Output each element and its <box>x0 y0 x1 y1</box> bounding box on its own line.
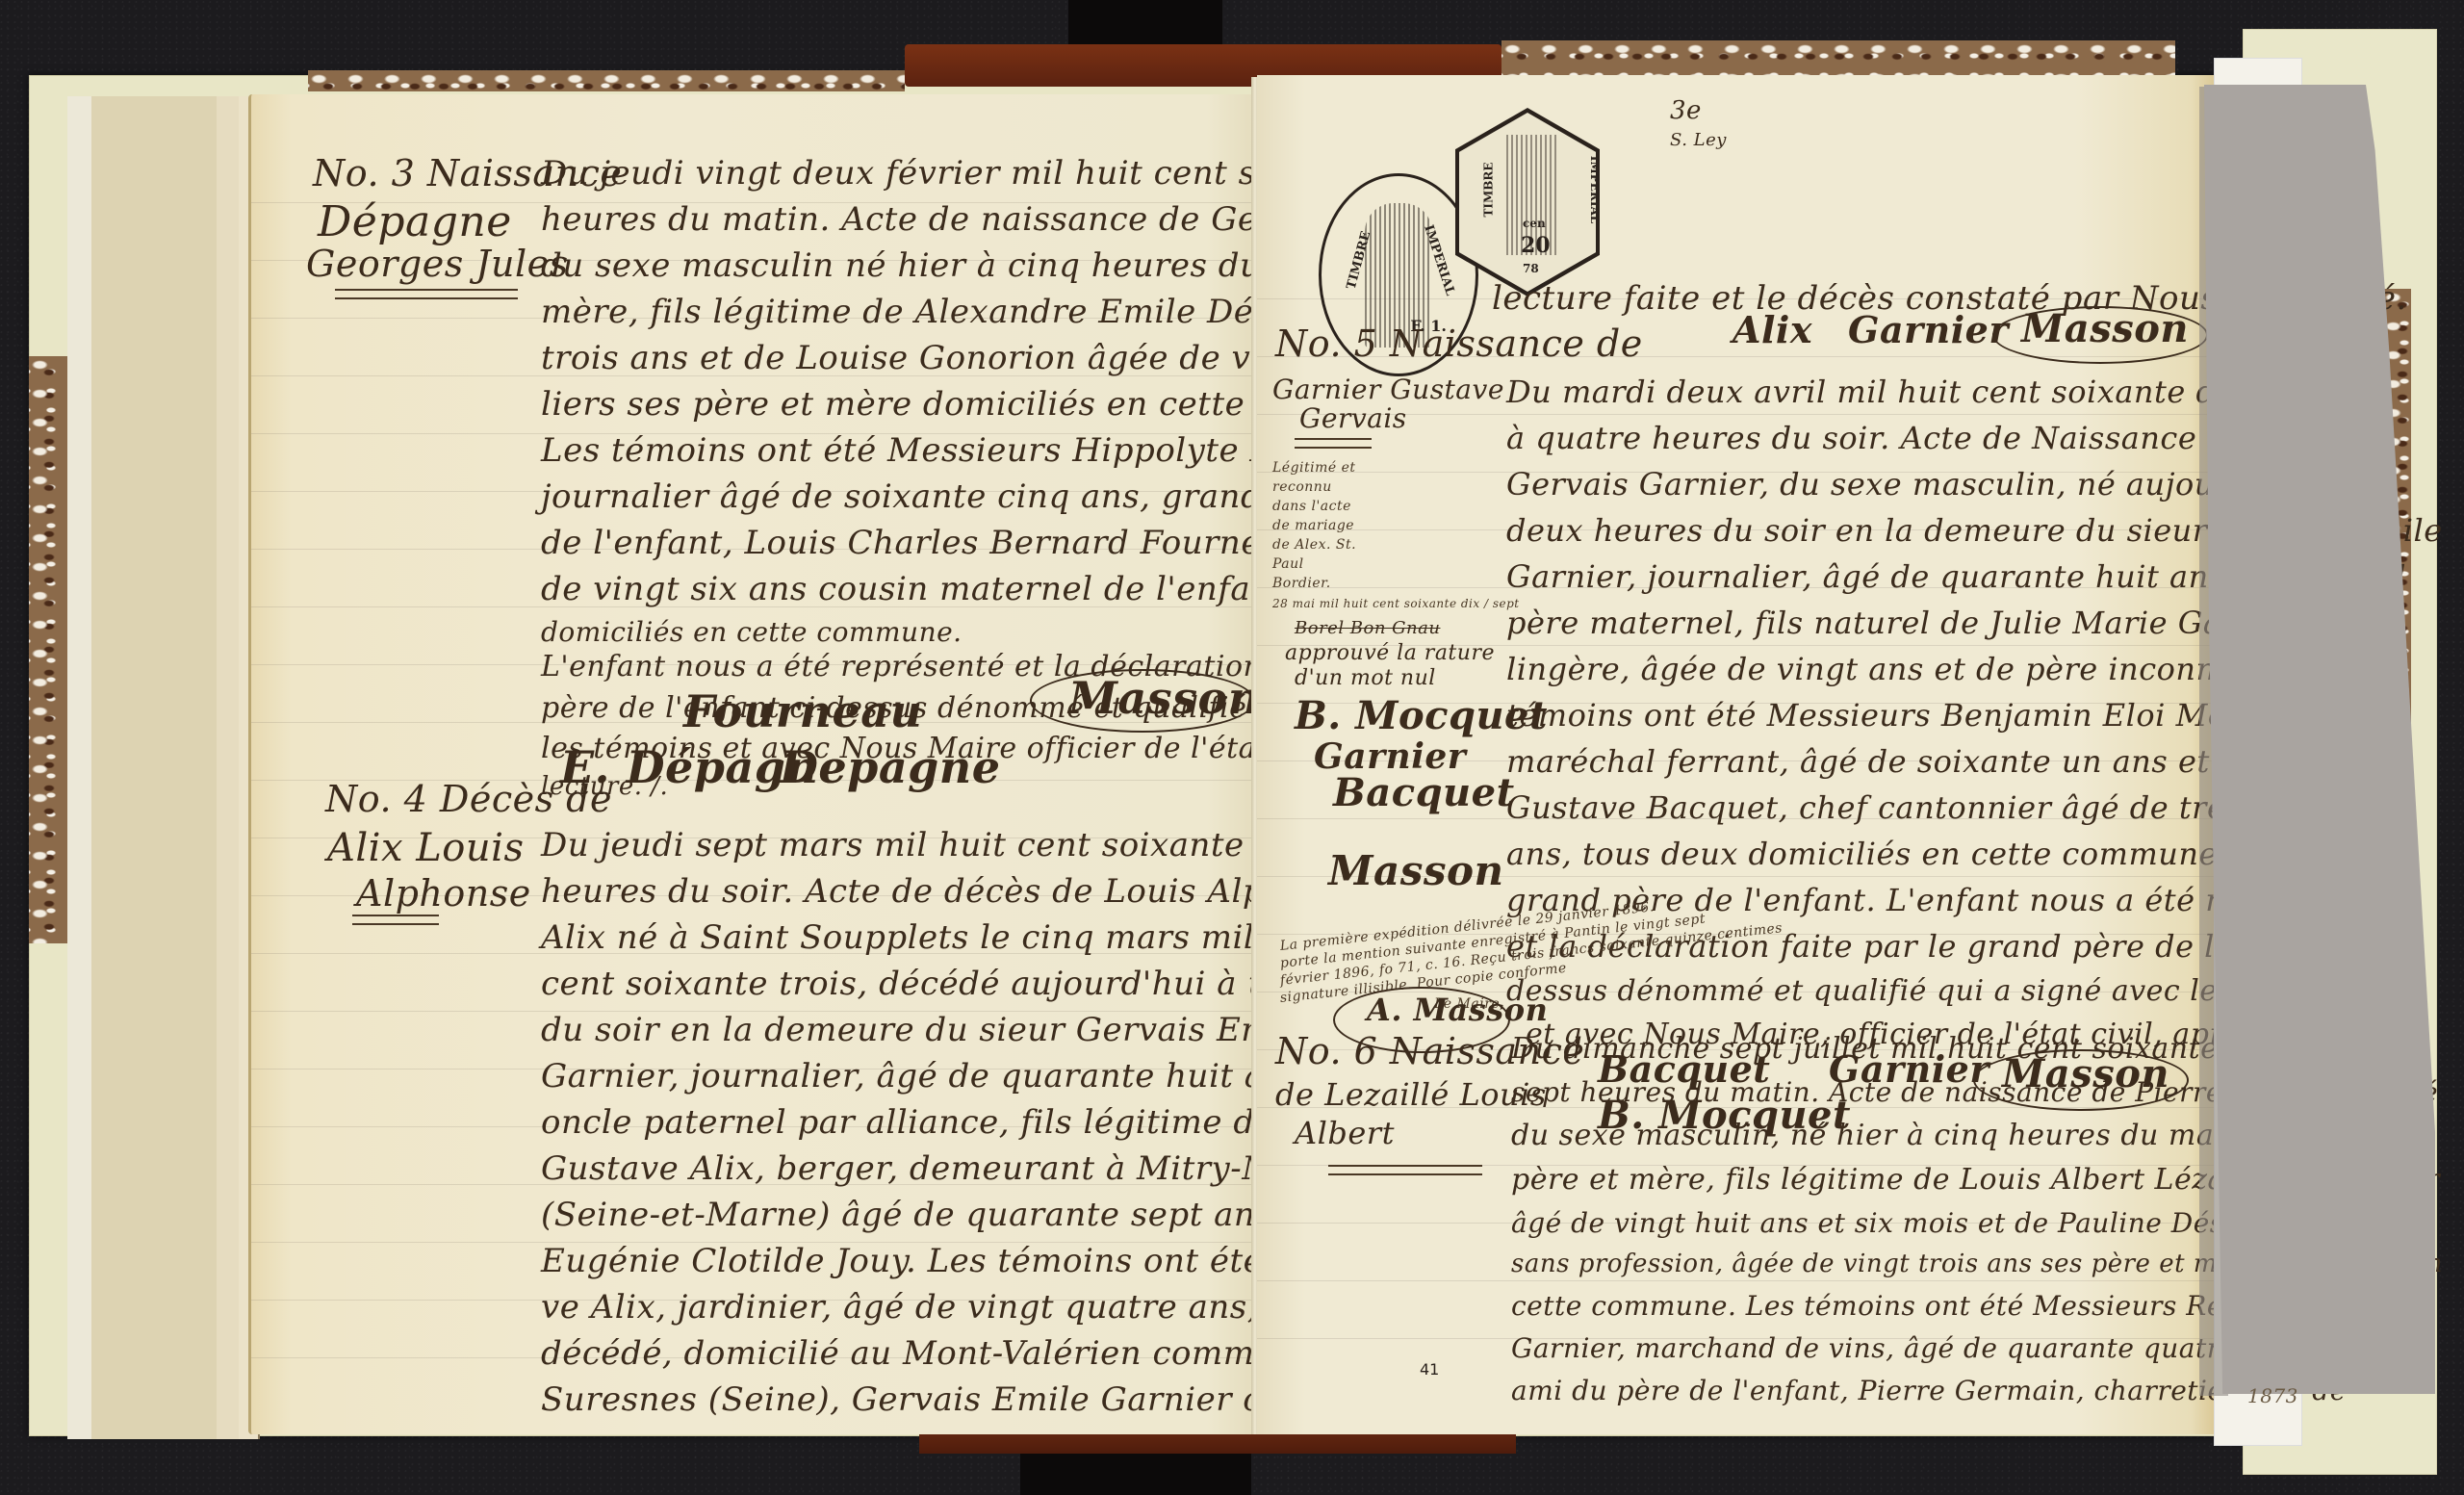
marbled-edge-top-right <box>1501 40 2175 79</box>
stamp-text-right: IMPERIAL <box>1588 156 1602 223</box>
stamp-text-left: TIMBRE <box>1482 162 1496 217</box>
margin-note-line: Légitimé et <box>1272 460 1356 476</box>
text-line: Gustave Alix, berger, demeurant à Mitry-… <box>541 1149 1375 1188</box>
margin-title: No. 5 Naissance de <box>1275 322 1643 365</box>
text-line: domiciliés en cette commune. <box>541 616 962 648</box>
margin-double-rule <box>335 289 518 299</box>
page-number: 41 <box>1420 1360 1439 1379</box>
margin-given-name: Albert <box>1295 1115 1395 1151</box>
signature-masson: Masson <box>1328 847 1504 894</box>
stamp-value: 20 <box>1521 233 1551 258</box>
text-line: du soir en la demeure du sieur Gervais E… <box>541 1011 1358 1049</box>
margin-given-name: Gervais <box>1299 402 1407 434</box>
margin-note-approval: approuvé la rature <box>1285 641 1495 665</box>
text-line: décédé, domicilié au Mont-Valérien commu… <box>541 1334 1370 1373</box>
signature-masson: Masson <box>2021 306 2189 351</box>
marbled-edge-top-left <box>308 70 905 91</box>
annotation-signature: A. Masson <box>1367 992 1548 1028</box>
text-line: lingère, âgée de vingt ans et de père in… <box>1506 651 2313 687</box>
margin-title: No. 4 Décès de <box>325 778 612 820</box>
header-note: 3e <box>1670 96 1702 125</box>
signature-garnier: Garnier <box>1848 308 2009 351</box>
stamp-number: 78 <box>1523 262 1539 275</box>
margin-note-line: Bordier. <box>1272 576 1331 591</box>
margin-surname: Garnier Gustave <box>1272 374 1504 405</box>
header-note-initials: S. Ley <box>1670 130 1727 150</box>
margin-double-rule <box>1295 438 1372 449</box>
margin-note-line: Paul <box>1272 556 1304 572</box>
margin-given-names: Georges Jules <box>306 243 569 285</box>
margin-note-line: dans l'acte <box>1272 499 1351 514</box>
margin-surname: de Lezaillé Louis <box>1275 1076 1547 1113</box>
text-line: Alix né à Saint Soupplets le cinq mars m… <box>541 918 1333 957</box>
signature-depagne: Depagne <box>780 741 1001 793</box>
margin-surname: Alix Louis <box>327 826 524 870</box>
margin-note-line: de Alex. St. <box>1272 537 1356 553</box>
margin-double-rule <box>352 915 439 925</box>
signature-fourneau: Fourneau <box>683 685 922 737</box>
margin-double-rule <box>1328 1165 1482 1175</box>
text-line: témoins ont été Messieurs Benjamin Eloi … <box>1506 697 2317 734</box>
margin-note-line: de mariage <box>1272 518 1354 533</box>
signature-masson: Masson <box>1068 672 1261 724</box>
edge-number: 1873 <box>2247 1384 2298 1407</box>
margin-note-line: reconnu <box>1272 479 1332 495</box>
margin-surname: Dépagne <box>318 197 512 246</box>
signature-alix: Alix <box>1732 308 1812 351</box>
margin-given-names: Alphonse <box>356 872 531 915</box>
marbled-paper-left <box>29 356 67 943</box>
text-line: Garnier, marchand de vins, âgé de quaran… <box>1511 1332 2295 1364</box>
margin-note-struck: Borel Bon Gnau <box>1295 618 1440 638</box>
margin-note-date: 28 mai mil huit cent soixante dix / sept <box>1272 597 1520 610</box>
text-line: Du mardi deux avril mil huit cent soixan… <box>1506 374 2291 410</box>
text-line: père maternel, fils naturel de Julie Mar… <box>1506 605 2301 641</box>
signature-bacquet: Bacquet <box>1333 770 1515 815</box>
text-line: heures du soir. Acte de décès de Louis A… <box>541 872 1364 911</box>
margin-note-approval-2: d'un mot nul <box>1295 666 1436 690</box>
stamp-unit: cen <box>1523 217 1546 230</box>
